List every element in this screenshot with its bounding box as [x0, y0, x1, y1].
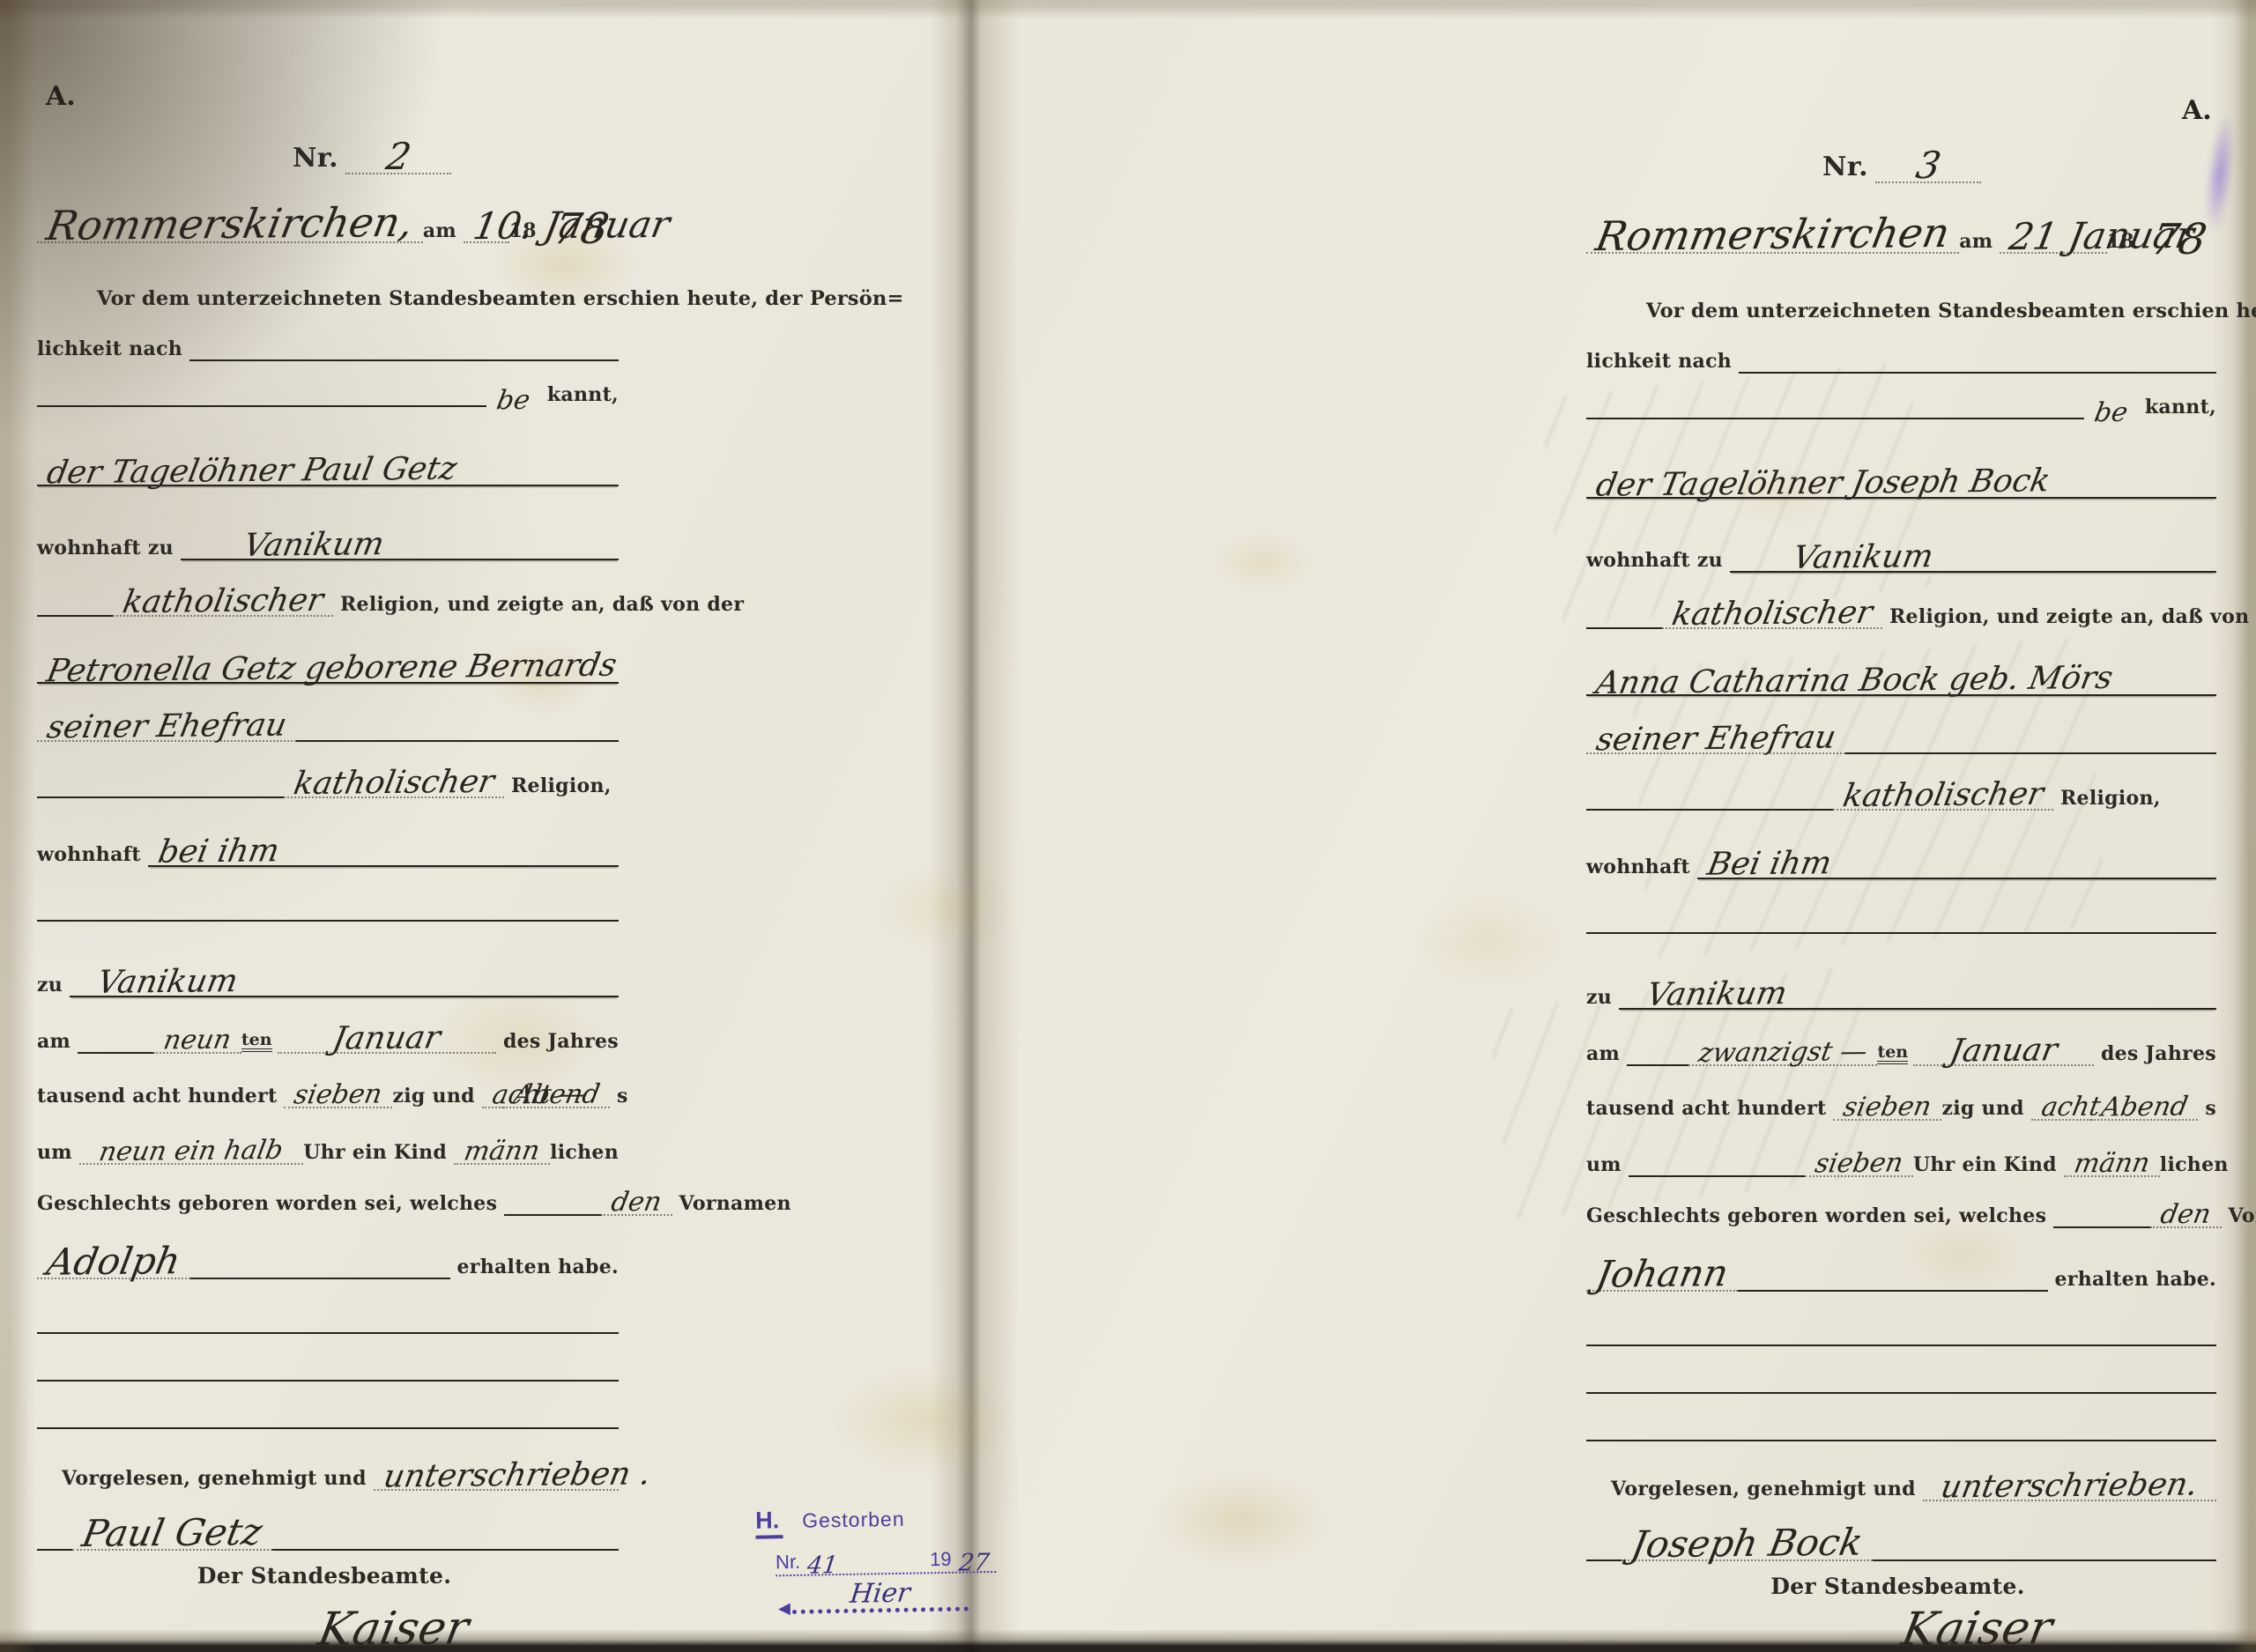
am-label: am — [1959, 231, 2000, 254]
wohnhaft-bei-row: wohnhaft bei ihm — [37, 804, 619, 867]
birth-day-value: zwanzigst — — [1687, 1041, 1880, 1065]
unterschrieben-value: unterschrieben . — [371, 1461, 664, 1491]
birth-day-value: neun — [152, 1028, 244, 1052]
wohnhaft-zu-label: wohnhaft zu — [1586, 550, 1730, 573]
vorgelesen-row: Vorgelesen, genehmigt und unterschrieben… — [37, 1441, 619, 1491]
zig-und-label: zig und — [392, 1085, 481, 1108]
blank-row — [1586, 1315, 2216, 1346]
stamp-number-line: Nr. 41 19 27 — [775, 1547, 996, 1576]
wohnhaft-bei-row: wohnhaft Bei ihm — [1586, 816, 2216, 879]
am-label: am — [423, 220, 464, 243]
declarant-row: der Tagelöhner Paul Getz — [37, 423, 619, 486]
declarant-signature: Paul Getz — [69, 1516, 275, 1550]
nr-label: Nr. — [293, 144, 345, 174]
sex-value: männ — [452, 1139, 553, 1163]
residence-line: Vanikum — [181, 532, 619, 560]
blank-line — [1586, 932, 2216, 934]
birth-year-row: tausend acht hundert sieben zig und acht… — [37, 1059, 619, 1108]
residence-value: Vanikum — [231, 531, 397, 559]
declarant-row: der Tagelöhner Joseph Bock — [1586, 435, 2216, 499]
hour-value: sieben — [1802, 1152, 1915, 1175]
year-value: 78 — [540, 211, 622, 248]
ehefrau-row: seiner Ehefrau — [1586, 700, 2216, 754]
blank-line — [272, 1549, 619, 1551]
erhalten-habe-label: erhalten habe. — [2048, 1269, 2217, 1292]
lichkeit-label: lichkeit nach — [1586, 351, 1739, 374]
hour-value: neun ein halb — [87, 1139, 296, 1164]
zu-label: zu — [37, 974, 70, 997]
register-book-spread: A. Nr. 2 Rommerskirchen, am 10. Januar 1… — [0, 0, 2256, 1652]
ehefrau-value: seiner Ehefrau — [34, 712, 300, 742]
ehefrau-value: seiner Ehefrau — [1584, 724, 1849, 754]
um-label: um — [1586, 1154, 1629, 1177]
record-number-row: Nr. 3 — [1822, 134, 1981, 183]
wohnhaft-label: wohnhaft — [1586, 856, 1697, 879]
birth-year-row: tausend acht hundert sieben zig und acht… — [1586, 1071, 2216, 1121]
tausend-label: tausend acht hundert — [37, 1085, 284, 1108]
official-signature-row: Kaiser — [90, 1582, 566, 1646]
geschlechts-label: Geschlechts geboren worden sei, welches — [37, 1193, 504, 1216]
blank-line — [37, 796, 284, 798]
vorgelesen-row: Vorgelesen, genehmigt und unterschrieben… — [1586, 1452, 2216, 1501]
blank-line — [37, 1332, 619, 1334]
mother-row: Anna Catharina Bock geb. Mörs — [1586, 631, 2216, 696]
child-name-value: Adolph — [34, 1245, 194, 1278]
child-name-value: Johann — [1584, 1257, 1741, 1290]
blank-line — [37, 920, 619, 922]
mother-value: Petronella Getz geborene Bernards — [34, 653, 629, 686]
religion-row-2: katholischer Religion, — [37, 747, 619, 798]
s-suffix-label: s — [610, 1085, 628, 1108]
blank-line — [1586, 809, 1833, 811]
blank-row — [37, 1350, 619, 1382]
declarant-value: der Tagelöhner Paul Getz — [34, 456, 470, 487]
den-value: den — [2148, 1204, 2223, 1226]
blank-line — [1873, 1559, 2216, 1561]
residence-row: wohnhaft zu Vanikum — [37, 497, 619, 560]
des-jahres-label: des Jahres — [496, 1031, 619, 1054]
place-date-row: Rommerskirchen am 21 Januar 18 78 — [1586, 183, 2216, 254]
death-annotation-stamp: H. Gestorben Nr. 41 19 27 ◀ Hier — [755, 1502, 1030, 1614]
place-date-row: Rommerskirchen, am 10. Januar 18 78 — [37, 173, 619, 243]
vornamen-label: Vornamen — [672, 1193, 791, 1216]
year-value: 78 — [2138, 222, 2220, 259]
blank-line — [1739, 372, 2216, 374]
blank-line — [1586, 418, 2084, 419]
lichkeit-row: lichkeit nach — [37, 321, 619, 361]
mother-row: Petronella Getz geborene Bernards — [37, 619, 619, 684]
daypart-value: Abend — [2089, 1095, 2200, 1119]
wohnhaft-bei-line: bei ihm — [148, 839, 619, 867]
intro-line: Vor dem unterzeichneten Standesbeamten e… — [97, 287, 904, 310]
blank-line — [1586, 1392, 2216, 1394]
tausend-label: tausend acht hundert — [1586, 1098, 1833, 1121]
birthplace-value: Vanikum — [85, 968, 250, 996]
birthplace-line: Vanikum — [1619, 982, 2216, 1010]
year-tens-value: sieben — [1831, 1095, 1944, 1119]
stamp-year-prefix: 19 — [930, 1548, 952, 1571]
blank-line — [1629, 1175, 1805, 1177]
stamp-nr-value: 41 — [799, 1556, 846, 1576]
lichkeit-row: lichkeit nach — [1586, 333, 2216, 374]
stamp-place-line: ◀ Hier — [792, 1582, 969, 1614]
ten-label: ten — [241, 1032, 272, 1052]
mother-line: Anna Catharina Bock geb. Mörs — [1586, 668, 2216, 696]
ten-label: ten — [1877, 1044, 1908, 1064]
blank-line — [78, 1052, 153, 1054]
vorgelesen-label: Vorgelesen, genehmigt und — [37, 1468, 374, 1491]
official-signature: Kaiser — [305, 1609, 482, 1649]
am-label: am — [37, 1031, 78, 1054]
official-signature: Kaiser — [1889, 1609, 2066, 1649]
am-label: am — [1586, 1043, 1627, 1066]
residence-row: wohnhaft zu Vanikum — [1586, 509, 2216, 573]
wohnhaft-bei-value: Bei ihm — [1695, 850, 1844, 878]
religion-row-2: katholischer Religion, — [1586, 759, 2216, 811]
s-suffix-label: s — [2198, 1098, 2216, 1121]
blank-row — [37, 1302, 619, 1334]
blank-line — [296, 740, 619, 742]
record-number-value: 2 — [373, 141, 423, 173]
den-value: den — [599, 1191, 674, 1214]
child-name-row: Adolph erhalten habe. — [37, 1221, 619, 1279]
child-name-row: Johann erhalten habe. — [1586, 1233, 2216, 1292]
blank-line — [1586, 627, 1662, 629]
register-page-left: Nr. 2 Rommerskirchen, am 10. Januar 18 7… — [37, 0, 619, 1652]
blank-row — [1586, 1410, 2216, 1441]
blank-row — [37, 886, 619, 922]
um-label: um — [37, 1142, 79, 1165]
blank-line — [37, 1380, 619, 1382]
birth-day-row: am neun ten Januar des Jahres — [37, 1004, 619, 1054]
stamp-gestorben-label: Gestorben — [802, 1508, 905, 1533]
mother-value: Anna Catharina Bock geb. Mörs — [1584, 665, 2126, 698]
birth-hour-row: um sieben Uhr ein Kind männ lichen — [1586, 1126, 2216, 1177]
record-number-value: 3 — [1903, 150, 1953, 181]
kannt-label: kannt, — [540, 384, 619, 407]
religion-row-1: katholischer Religion, und zeigte an, da… — [37, 567, 619, 617]
declarant-signature: Joseph Bock — [1618, 1527, 1875, 1561]
year-tens-value: sieben — [282, 1083, 395, 1107]
place-value: Rommerskirchen, — [33, 205, 427, 244]
blank-line — [37, 1549, 72, 1551]
blank-row — [37, 1397, 619, 1429]
blank-row — [1586, 899, 2216, 934]
declarant-signature-row: Paul Getz — [37, 1496, 619, 1551]
birth-month-value: Januar — [1937, 1037, 2070, 1065]
declarant-value: der Tagelöhner Joseph Bock — [1584, 468, 2063, 500]
religion-label: Religion, — [2053, 788, 2161, 811]
register-page-right: Nr. 3 Rommerskirchen am 21 Januar 18 78 … — [1586, 0, 2216, 1652]
birthplace-row: zu Vanikum — [1586, 945, 2216, 1010]
religion1-value: katholischer — [110, 588, 336, 617]
blank-line — [1586, 1559, 1621, 1561]
vorgelesen-label: Vorgelesen, genehmigt und — [1586, 1478, 1923, 1501]
stamp-arrow-icon: ◀ — [778, 1599, 790, 1618]
geschlechts-row: Geschlechts geboren worden sei, welches … — [37, 1168, 619, 1216]
religion2-value: katholischer — [1830, 782, 2056, 811]
stamp-place-value: Hier — [842, 1582, 918, 1605]
official-signature-row: Kaiser — [1639, 1586, 2163, 1646]
blank-line — [504, 1214, 601, 1216]
nr-label: Nr. — [1822, 152, 1875, 183]
erhalten-habe-label: erhalten habe. — [450, 1256, 620, 1279]
religion-zeigte-label: Religion, und zeigte an, daß von der — [333, 594, 744, 617]
blank-line — [1586, 1345, 2216, 1346]
geschlechts-label: Geschlechts geboren worden sei, welches — [1586, 1205, 2053, 1228]
religion-row-1: katholischer Religion, und zeigte an, da… — [1586, 580, 2216, 629]
blank-line — [1738, 1290, 2047, 1292]
uhr-ein-kind-label: Uhr ein Kind — [1913, 1154, 2064, 1177]
lichkeit-label: lichkeit nach — [37, 338, 189, 361]
stamp-nr-label: Nr. — [775, 1551, 801, 1574]
sex-value: männ — [2061, 1152, 2162, 1175]
stamp-header: H. Gestorben — [755, 1502, 1029, 1538]
declarant-signature-row: Joseph Bock — [1586, 1507, 2216, 1561]
des-jahres-label: des Jahres — [2094, 1043, 2216, 1066]
intro-line: Vor dem unterzeichneten Standesbeamten e… — [1646, 300, 2256, 322]
birthplace-value: Vanikum — [1634, 981, 1800, 1009]
mother-line: Petronella Getz geborene Bernards — [37, 656, 619, 684]
ehefrau-row: seiner Ehefrau — [37, 687, 619, 742]
blank-line — [37, 405, 486, 407]
blank-line — [37, 615, 113, 617]
birth-hour-row: um neun ein halb Uhr ein Kind männ liche… — [37, 1114, 619, 1165]
residence-value: Vanikum — [1780, 544, 1946, 572]
religion-label: Religion, — [504, 775, 612, 798]
declarant-line: der Tagelöhner Joseph Bock — [1586, 470, 2216, 499]
bekannt-row: be kannt, — [1586, 379, 2216, 419]
blank-line — [1586, 1440, 2216, 1441]
residence-line: Vanikum — [1730, 544, 2216, 573]
wohnhaft-label: wohnhaft — [37, 844, 148, 867]
geschlechts-row: Geschlechts geboren worden sei, welches … — [1586, 1181, 2216, 1228]
religion1-value: katholischer — [1659, 600, 1885, 629]
uhr-ein-kind-label: Uhr ein Kind — [303, 1142, 454, 1165]
unterschrieben-value: unterschrieben. — [1928, 1471, 2210, 1501]
religion-zeigte-label: Religion, und zeigte an, daß von der — [1882, 606, 2256, 629]
birth-month-value: Januar — [320, 1025, 453, 1053]
blank-line — [190, 1278, 450, 1279]
birthplace-line: Vanikum — [70, 969, 619, 997]
record-number-row: Nr. 2 — [293, 125, 451, 174]
birthplace-row: zu Vanikum — [37, 932, 619, 997]
wohnhaft-zu-label: wohnhaft zu — [37, 537, 181, 560]
daypart-value: Abend — [501, 1083, 612, 1107]
bekannt-handwritten: be — [485, 389, 543, 411]
lichen-label: lichen — [2160, 1154, 2229, 1177]
place-value: Rommerskirchen — [1583, 216, 1963, 255]
zig-und-label: zig und — [1941, 1098, 2030, 1121]
bekannt-row: be kannt, — [37, 367, 619, 407]
blank-line — [1845, 752, 2216, 754]
lichen-label: lichen — [550, 1142, 619, 1165]
kannt-label: kannt, — [2138, 396, 2216, 419]
stamp-year-value: 27 — [950, 1553, 997, 1574]
wohnhaft-bei-line: Bei ihm — [1697, 851, 2216, 879]
zu-label: zu — [1586, 987, 1619, 1010]
blank-line — [189, 359, 619, 361]
stamp-letter: H. — [755, 1507, 783, 1539]
declarant-line: der Tagelöhner Paul Getz — [37, 458, 619, 486]
blank-row — [1586, 1362, 2216, 1394]
blank-line — [1627, 1064, 1688, 1066]
vornamen-label: Vornamen — [2222, 1205, 2256, 1228]
blank-line — [2053, 1226, 2150, 1228]
birth-day-row: am zwanzigst — ten Januar des Jahres — [1586, 1017, 2216, 1066]
blank-line — [37, 1427, 619, 1429]
bekannt-handwritten: be — [2082, 401, 2141, 424]
religion2-value: katholischer — [281, 769, 507, 798]
wohnhaft-bei-value: bei ihm — [145, 838, 292, 866]
